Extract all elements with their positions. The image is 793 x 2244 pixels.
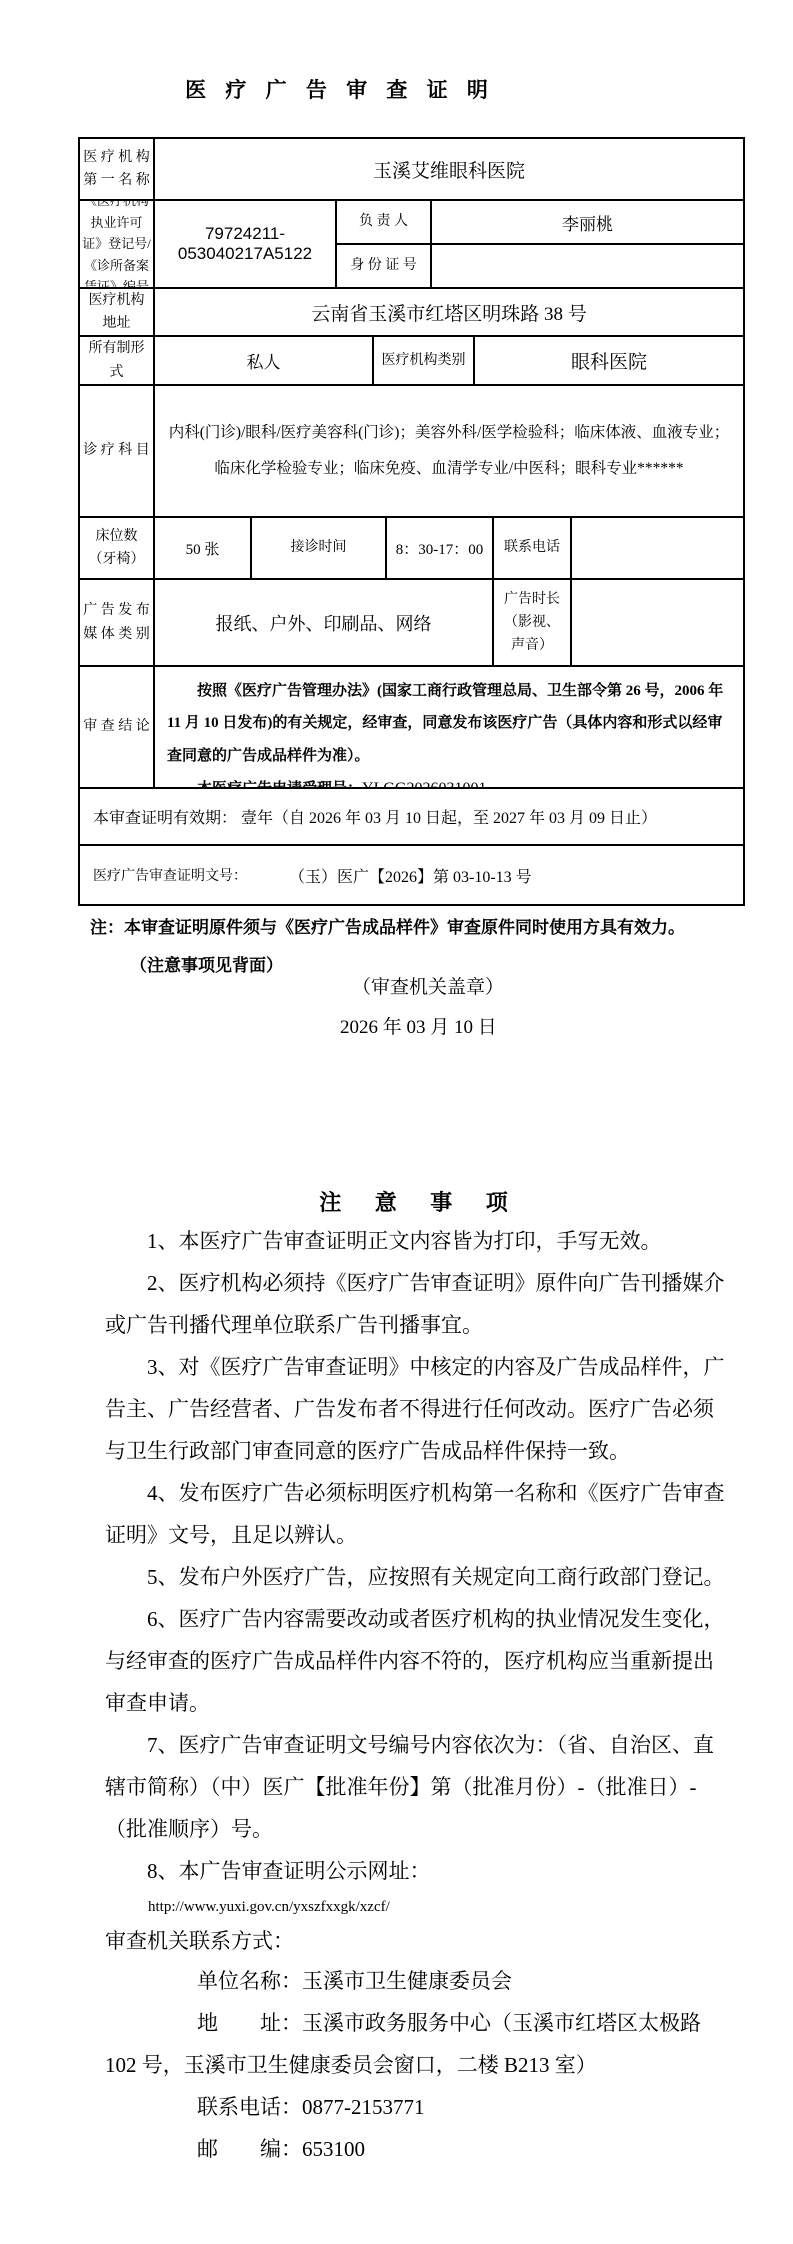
departments-value: 内科(门诊)/眼科/医疗美容科(门诊)；美容外科/医学检验科；临床体液、血液专业… (155, 386, 743, 516)
conclusion-text: 按照《医疗广告管理办法》(国家工商行政管理总局、卫生部令第 26 号，2006 … (167, 675, 731, 772)
media-value: 报纸、户外、印刷品、网络 (155, 580, 494, 665)
row-address: 医疗机构地址 云南省玉溪市红塔区明珠路 38 号 (80, 289, 743, 337)
contact-unit-name: 单位名称：玉溪市卫生健康委员会 (105, 1960, 734, 2002)
id-number-label: 身 份 证 号 (337, 245, 432, 287)
principal-label: 负 责 人 (337, 201, 432, 243)
org-name-value: 玉溪艾维眼科医院 (155, 139, 743, 199)
principal-subrow: 负 责 人 李丽桃 (337, 201, 743, 245)
notice-item-8: 8、本广告审查证明公示网址： (105, 1850, 734, 1892)
acceptance-label: 本医疗广告申请受理号： (197, 781, 362, 787)
doc-number-cell: 医疗广告审查证明文号： （玉）医广【2026】第 03-10-13 号 (80, 846, 743, 904)
notice-item-1: 1、本医疗广告审查证明正文内容皆为打印，手写无效。 (105, 1220, 734, 1262)
license-label: 《医疗机构执业许可证》登记号/《诊所备案凭证》编号 (80, 201, 155, 287)
row-conclusion: 审 查 结 论 按照《医疗广告管理办法》(国家工商行政管理总局、卫生部令第 26… (80, 667, 743, 789)
departments-label: 诊 疗 科 目 (80, 386, 155, 516)
authority-stamp-placeholder: （审查机关盖章） (352, 972, 504, 999)
notice-item-3: 3、对《医疗广告审查证明》中核定的内容及广告成品样件，广告主、广告经营者、广告发… (105, 1346, 734, 1472)
see-back-note: （注意事项见背面） (130, 951, 283, 976)
conclusion-label: 审 查 结 论 (80, 667, 155, 787)
row-doc-number: 医疗广告审查证明文号： （玉）医广【2026】第 03-10-13 号 (80, 846, 743, 904)
address-label: 医疗机构地址 (80, 289, 155, 335)
duration-label: 广告时长 （影视、 声音） (494, 580, 572, 665)
doc-number-value: （玉）医广【2026】第 03-10-13 号 (289, 864, 532, 887)
phone-value (572, 518, 743, 578)
hours-label: 接诊时间 (252, 518, 387, 578)
row-departments: 诊 疗 科 目 内科(门诊)/眼科/医疗美容科(门诊)；美容外科/医学检验科；临… (80, 386, 743, 518)
hours-value: 8：30-17：00 (387, 518, 494, 578)
row-org-name: 医 疗 机 构 第 一 名 称 玉溪艾维眼科医院 (80, 139, 743, 201)
beds-value: 50 张 (155, 518, 252, 578)
license-number: 79724211-053040217A5122 (155, 201, 337, 287)
certificate-page: 医 疗 广 告 审 查 证 明 医 疗 机 构 第 一 名 称 玉溪艾维眼科医院… (0, 0, 793, 2244)
notice-body: 1、本医疗广告审查证明正文内容皆为打印，手写无效。 2、医疗机构必须持《医疗广告… (105, 1220, 734, 2170)
row-beds-hours: 床位数 （牙椅） 50 张 接诊时间 8：30-17：00 联系电话 (80, 518, 743, 580)
row-media: 广 告 发 布 媒 体 类 别 报纸、户外、印刷品、网络 广告时长 （影视、 声… (80, 580, 743, 667)
public-notice-url: http://www.yuxi.gov.cn/yxszfxxgk/xzcf/ (105, 1892, 734, 1922)
phone-label: 联系电话 (494, 518, 572, 578)
notice-title: 注 意 事 项 (105, 1186, 730, 1217)
category-value: 眼科医院 (475, 337, 743, 384)
conclusion-value: 按照《医疗广告管理办法》(国家工商行政管理总局、卫生部令第 26 号，2006 … (155, 667, 743, 787)
principal-value: 李丽桃 (432, 201, 743, 243)
ownership-value: 私人 (155, 337, 374, 384)
original-use-note: 注：本审查证明原件须与《医疗广告成品样件》审查原件同时使用方具有效力。 (90, 913, 685, 938)
beds-label: 床位数 （牙椅） (80, 518, 155, 578)
page-title: 医 疗 广 告 审 查 证 明 (78, 74, 602, 104)
notice-item-7: 7、医疗广告审查证明文号编号内容依次为：（省、自治区、直辖市简称）（中）医广【批… (105, 1724, 734, 1850)
id-subrow: 身 份 证 号 (337, 245, 743, 287)
acceptance-number: YLGG2026031001 (362, 780, 486, 787)
validity-value: 本审查证明有效期： 壹年（自 2026 年 03 月 10 日起，至 2027 … (80, 789, 743, 844)
row-license: 《医疗机构执业许可证》登记号/《诊所备案凭证》编号 79724211-05304… (80, 201, 743, 289)
notice-item-4: 4、发布医疗广告必须标明医疗机构第一名称和《医疗广告审查证明》文号，且足以辨认。 (105, 1472, 734, 1556)
row-validity: 本审查证明有效期： 壹年（自 2026 年 03 月 10 日起，至 2027 … (80, 789, 743, 846)
org-name-label: 医 疗 机 构 第 一 名 称 (80, 139, 155, 199)
notice-item-2: 2、医疗机构必须持《医疗广告审查证明》原件向广告刊播媒介或广告刊播代理单位联系广… (105, 1262, 734, 1346)
id-number-value (432, 245, 743, 287)
certificate-table: 医 疗 机 构 第 一 名 称 玉溪艾维眼科医院 《医疗机构执业许可证》登记号/… (78, 137, 745, 906)
media-label: 广 告 发 布 媒 体 类 别 (80, 580, 155, 665)
category-label: 医疗机构类别 (374, 337, 475, 384)
row-ownership: 所有制形式 私人 医疗机构类别 眼科医院 (80, 337, 743, 386)
contact-heading: 审查机关联系方式： (105, 1922, 734, 1960)
ownership-label: 所有制形式 (80, 337, 155, 384)
doc-number-label: 医疗广告审查证明文号： (93, 865, 247, 885)
acceptance-line: 本医疗广告申请受理号：YLGG2026031001 (167, 772, 731, 787)
duration-value (572, 580, 743, 665)
contact-postcode: 邮 编：653100 (105, 2128, 734, 2170)
contact-phone: 联系电话：0877-2153771 (105, 2086, 734, 2128)
notice-item-6: 6、医疗广告内容需要改动或者医疗机构的执业情况发生变化，与经审查的医疗广告成品样… (105, 1598, 734, 1724)
address-value: 云南省玉溪市红塔区明珠路 38 号 (155, 289, 743, 335)
notice-item-5: 5、发布户外医疗广告，应按照有关规定向工商行政部门登记。 (105, 1556, 734, 1598)
principal-id-block: 负 责 人 李丽桃 身 份 证 号 (337, 201, 743, 287)
contact-address: 地 址：玉溪市政务服务中心（玉溪市红塔区太极路 102 号，玉溪市卫生健康委员会… (105, 2002, 734, 2086)
issue-date: 2026 年 03 月 10 日 (340, 1012, 497, 1039)
